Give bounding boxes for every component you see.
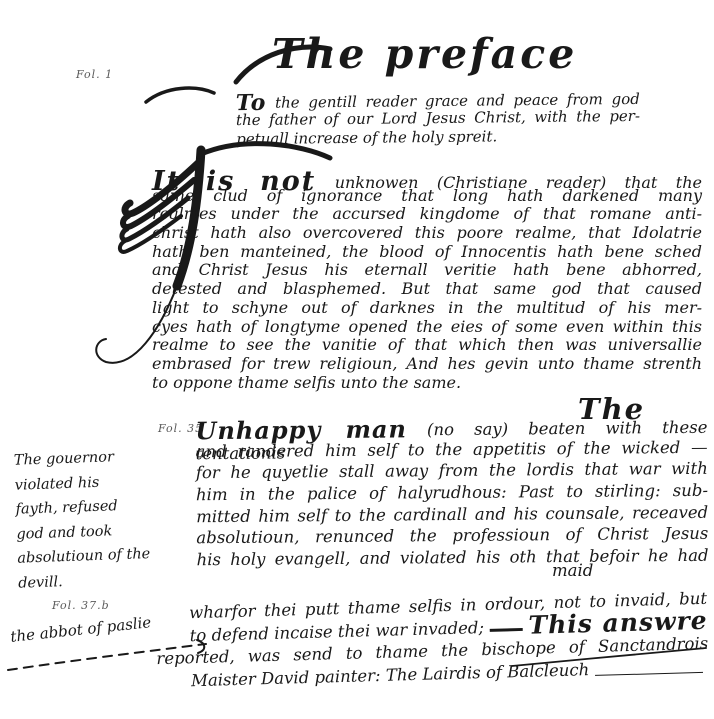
pen-dash-flourish xyxy=(490,628,523,632)
preface-line: hath ben manteined, the blood of Innocen… xyxy=(152,243,702,262)
fol37-paragraph: wharfor thei putt thame selfis in ordour… xyxy=(189,588,709,692)
margin-note-governor: The gouernor violated his fayth, refused… xyxy=(13,443,174,595)
folio-mark-37b: Fol. 37.b xyxy=(52,599,110,612)
paragraph-closing-word: maid xyxy=(552,561,593,580)
preface-line: same clud of ignorance that long hath da… xyxy=(152,187,702,206)
preface-line: embrased for trew religioun, And hes gev… xyxy=(152,355,702,374)
preface-line: light to schyne out of darknes in the mu… xyxy=(152,299,702,318)
preface-line: detested and blasphemed. But that same g… xyxy=(152,280,702,299)
fol35-line: his holy evangell, and violated his oth … xyxy=(196,545,708,571)
manuscript-page: Fol. 1 Fol. 35 Fol. 37.b The preface To … xyxy=(0,0,714,719)
preface-line: to oppone thame selfis unto the same. xyxy=(152,374,702,393)
page-title: The preface xyxy=(272,30,577,78)
margin-note-abbot: the abbot of paslie xyxy=(10,608,201,646)
preface-paragraph: It is not unknowen (Christiane reader) t… xyxy=(152,168,702,392)
preface-line: cyes hath of longtyme opened the eies of… xyxy=(152,318,702,337)
salutation: To the gentill reader grace and peace fr… xyxy=(236,88,641,149)
salutation-swash xyxy=(146,88,214,102)
preface-line: realme to see the vanitie of that which … xyxy=(152,336,702,355)
preface-line: realmes under the accursed kingdome of t… xyxy=(152,205,702,224)
preface-line: christ hath also overcovered this poore … xyxy=(152,224,702,243)
folio-mark-1: Fol. 1 xyxy=(76,68,113,81)
fol35-paragraph: Unhappy man (no say) beaten with these t… xyxy=(195,415,708,571)
preface-line: and Christ Jesus his eternall veritie ha… xyxy=(152,261,702,280)
margin-note-line: devill. xyxy=(18,566,175,596)
salutation-line: petuall increase of the holy spreit. xyxy=(236,126,640,149)
pen-tail-flourish xyxy=(595,672,703,676)
preface-line: It is not unknowen (Christiane reader) t… xyxy=(152,168,702,187)
